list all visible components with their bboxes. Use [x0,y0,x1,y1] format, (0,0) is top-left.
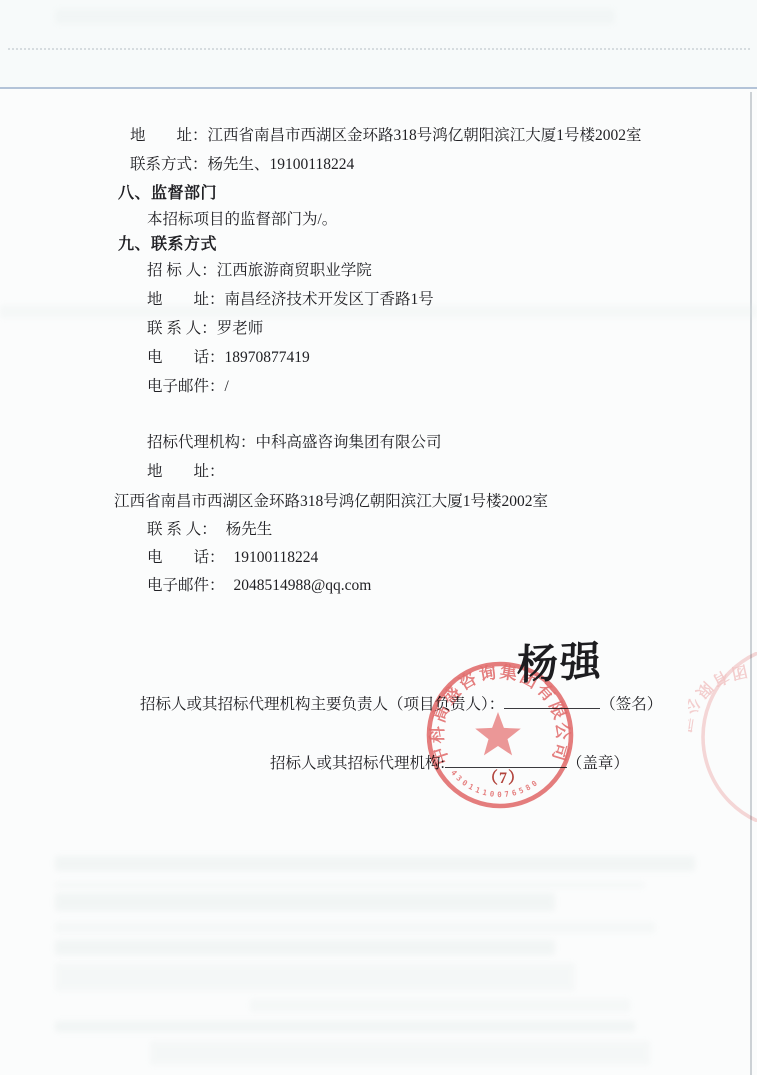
edge-seal-text: 团有限公司 [688,661,749,739]
bleedthrough-band [55,940,555,955]
bleedthrough-band [55,882,645,888]
field-value: 杨先生、19100118224 [208,156,355,173]
field-label: 地 址： [147,291,225,308]
bleedthrough-band [250,999,630,1012]
bleedthrough-band [55,856,695,871]
supervision-body: 本招标项目的监督部门为/。 [147,210,337,229]
tenderer-row: 地 址：南昌经济技术开发区丁香路1号 [147,290,434,309]
tenderer-row: 电子邮件：/ [147,377,229,396]
field-value: 江西省南昌市西湖区金环路318号鸿亿朝阳滨江大厦1号楼2002室 [208,127,642,144]
page-number: （7） [482,765,525,788]
field-value: 中科高盛咨询集团有限公司 [256,434,442,451]
field-label: 联系方式： [130,156,208,173]
field-label: 地 址： [130,127,208,144]
agency-row: 联 系 人：杨先生 [147,520,272,539]
svg-text:团有限公司: 团有限公司 [688,661,749,739]
field-label: 电子邮件： [147,378,225,395]
field-label: 电子邮件： [147,577,225,594]
section-heading-supervision: 八、监督部门 [118,184,217,203]
agency-row: 电子邮件：2048514988@qq.com [147,576,371,595]
bleedthrough-band [55,9,615,24]
agency-row: 电 话：19100118224 [147,548,318,567]
field-label: 联 系 人： [147,521,217,538]
field-value: 2048514988@qq.com [225,577,372,594]
bleedthrough-band [150,1041,650,1065]
bleedthrough-band [55,1021,635,1032]
agency-address-line-top: 地 址：江西省南昌市西湖区金环路318号鸿亿朝阳滨江大厦1号楼2002室 [130,126,642,145]
page-edge-line [750,92,752,1075]
bleedthrough-band [55,893,555,911]
scan-dotted-artifact-row [8,48,750,50]
agency-address-value-row: 江西省南昌市西湖区金环路318号鸿亿朝阳滨江大厦1号楼2002室 [114,492,548,511]
field-value: 18970877419 [225,349,310,366]
seal-star-icon [475,712,521,755]
section-heading-contact: 九、联系方式 [118,235,217,254]
field-value: / [225,378,229,395]
handwritten-signature: 杨强 [517,628,604,692]
agency-contact-line-top: 联系方式：杨先生、19100118224 [130,155,354,174]
bleedthrough-band [55,963,575,991]
field-label: 招 标 人： [147,262,217,279]
field-value: 罗老师 [217,320,264,337]
field-label: 招标代理机构： [147,434,256,451]
signature-suffix: （签名） [600,696,662,713]
field-label: 电 话： [147,349,225,366]
edge-ghost-seal: 团有限公司 [688,652,757,822]
field-label: 电 话： [147,549,225,566]
field-value: 江西旅游商贸职业学院 [217,262,372,279]
tenderer-row: 联 系 人：罗老师 [147,319,263,338]
field-value: 南昌经济技术开发区丁香路1号 [225,291,434,308]
tenderer-row: 招 标 人：江西旅游商贸职业学院 [147,261,372,280]
field-label: 地 址： [147,463,225,480]
bleedthrough-band [55,922,655,933]
agency-address-label-row: 地 址： [147,462,225,481]
scanned-document-page: 地 址：江西省南昌市西湖区金环路318号鸿亿朝阳滨江大厦1号楼2002室 联系方… [0,0,757,1075]
agency-name-row: 招标代理机构：中科高盛咨询集团有限公司 [147,433,442,452]
field-value: 杨先生 [217,521,273,538]
field-value: 19100118224 [225,549,319,566]
tenderer-row: 电 话：18970877419 [147,348,310,367]
field-label: 联 系 人： [147,320,217,337]
signature-row-responsible: 招标人或其招标代理机构主要负责人（项目负责人）：（签名） [140,692,662,714]
signature-label: 招标人或其招标代理机构: [270,755,445,772]
